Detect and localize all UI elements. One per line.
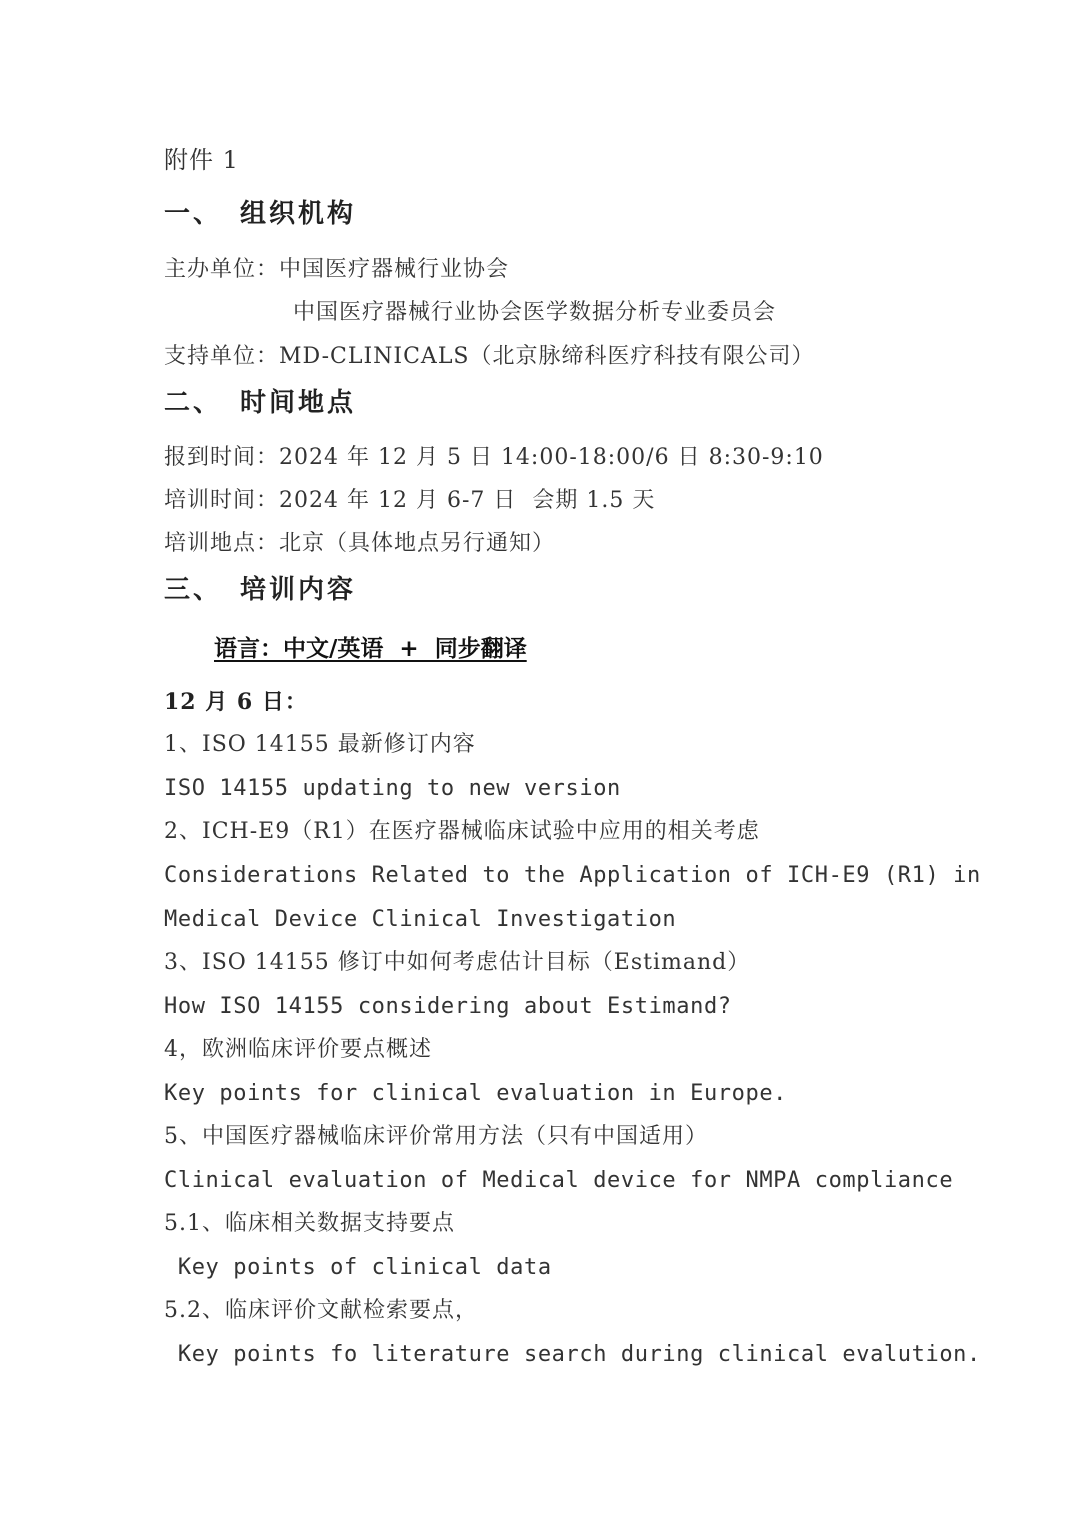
section-2-number: 二、 — [164, 389, 240, 417]
item-4-en: Key points for clinical evaluation in Eu… — [164, 1080, 787, 1108]
checkin-time: 报到时间：2024 年 12 月 5 日 14:00-18:00/6 日 8:3… — [164, 444, 824, 472]
item-2-en: Considerations Related to the Applicatio… — [164, 862, 981, 890]
document-page: 附件 1 一、组织机构 主办单位：中国医疗器械行业协会 中国医疗器械行业协会医学… — [0, 0, 1080, 1527]
section-3-number: 三、 — [164, 576, 240, 604]
training-time: 培训时间：2024 年 12 月 6-7 日 会期 1.5 天 — [164, 487, 655, 515]
support-org: MD-CLINICALS（北京脉缔科医疗科技有限公司） — [279, 344, 814, 369]
host-row-1: 主办单位：中国医疗器械行业协会 — [164, 256, 509, 284]
item-5-cn: 5、中国医疗器械临床评价常用方法（只有中国适用） — [164, 1123, 708, 1151]
section-2-heading: 二、时间地点 — [164, 389, 356, 417]
section-1-title: 组织机构 — [240, 199, 356, 229]
item-2-en-cont: Medical Device Clinical Investigation — [164, 906, 676, 934]
host-org-1: 中国医疗器械行业协会 — [279, 257, 509, 282]
item-3-cn: 3、ISO 14155 修订中如何考虑估计目标（Estimand） — [164, 949, 750, 977]
section-3-title: 培训内容 — [240, 575, 356, 605]
attachment-label: 附件 1 — [164, 146, 239, 174]
section-1-number: 一、 — [164, 200, 240, 228]
item-5-en: Clinical evaluation of Medical device fo… — [164, 1167, 953, 1195]
section-2-title: 时间地点 — [240, 388, 356, 418]
item-5-2-en: Key points fo literature search during c… — [164, 1341, 981, 1369]
item-5-2-cn: 5.2、临床评价文献检索要点， — [164, 1297, 478, 1325]
host-label: 主办单位： — [164, 257, 279, 282]
support-label: 支持单位： — [164, 344, 279, 369]
item-1-cn: 1、ISO 14155 最新修订内容 — [164, 731, 476, 759]
section-3-heading: 三、培训内容 — [164, 576, 356, 604]
item-1-en: ISO 14155 updating to new version — [164, 775, 621, 803]
item-5-1-cn: 5.1、临床相关数据支持要点 — [164, 1210, 455, 1238]
support-row: 支持单位：MD-CLINICALS（北京脉缔科医疗科技有限公司） — [164, 343, 815, 371]
item-3-en: How ISO 14155 considering about Estimand… — [164, 993, 732, 1021]
host-org-2: 中国医疗器械行业协会医学数据分析专业委员会 — [293, 299, 776, 327]
item-4-cn: 4，欧洲临床评价要点概述 — [164, 1036, 432, 1064]
item-5-1-en: Key points of clinical data — [164, 1254, 552, 1282]
item-2-cn: 2、ICH-E9（R1）在医疗器械临床试验中应用的相关考虑 — [164, 818, 760, 846]
training-location: 培训地点：北京（具体地点另行通知） — [164, 530, 555, 558]
section-1-heading: 一、组织机构 — [164, 200, 356, 228]
day-label: 12 月 6 日： — [164, 688, 308, 716]
language-note: 语言：中文/英语 + 同步翻译 — [214, 635, 527, 663]
